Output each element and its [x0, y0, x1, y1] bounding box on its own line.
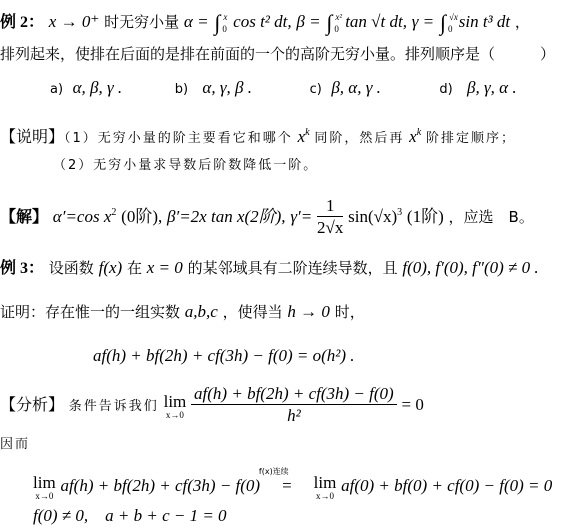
example2-statement: 例 2： x → 0⁺ 时无穷小量 α = ∫x0 cos t² dt, β =…: [0, 12, 530, 33]
answer: ，应选 B。: [449, 208, 534, 226]
explanation-item1: 【说明】（1）无穷小量的阶主要看它和哪个 xk 同阶，然后再 xk 阶排定顺序；: [0, 123, 516, 149]
solution: 【解】 α′=cos x2 (0阶), β′=2x tan x(2阶), γ′=…: [0, 196, 534, 239]
alpha-integrand: cos t² dt,: [233, 12, 291, 31]
analysis-line2: limx→0 af(h) + bf(2h) + cf(3h) − f(0) f(…: [33, 475, 552, 501]
explanation-label: 【说明】: [0, 127, 64, 146]
integral-sign: ∫x²0: [326, 13, 332, 33]
example2-question: 排列起来，使排在后面的是排在前面的一个的高阶无穷小量。排列顺序是（ ）: [0, 44, 555, 64]
limit-fraction: af(h) + bf(2h) + cf(3h) − f(0)h²: [191, 384, 397, 427]
therefore-label: 因而: [0, 435, 30, 455]
proof-equation: af(h) + bf(2h) + cf(3h) − f(0) = o(h²) .: [93, 346, 355, 366]
option-c: c) β, α, γ .: [310, 78, 435, 100]
option-b: b) α, γ, β .: [175, 78, 305, 100]
example2-options: a) α, β, γ . b) α, γ, β . c) β, α, γ . d…: [50, 78, 517, 100]
option-d: d) β, γ, α .: [439, 78, 516, 100]
intro-text: 时无穷小量: [104, 13, 179, 31]
gamma-lhs: γ =: [412, 12, 434, 31]
example3-statement: 例 3： 设函数 f(x) 在 x = 0 的某邻域具有二阶连续导数，且 f(0…: [0, 258, 539, 279]
alpha-lhs: α =: [184, 12, 209, 31]
example2-label: 例 2：: [0, 14, 44, 31]
beta-lhs: β =: [296, 12, 320, 31]
proof-statement: 证明：存在惟一的一组实数 a,b,c ，使得当 h → 0 时，: [0, 302, 365, 322]
option-a: a) α, β, γ .: [50, 78, 170, 100]
gamma-fraction: 12√x: [317, 196, 343, 239]
limit-condition: x → 0⁺: [49, 12, 100, 31]
end-punct: ，: [515, 13, 530, 31]
analysis-label: 【分析】: [0, 395, 64, 414]
integral-sign: ∫x0: [214, 13, 220, 33]
integral-sign: ∫√x0: [440, 13, 446, 33]
gamma-integrand: sin t³ dt: [459, 12, 510, 31]
example3-label: 例 3：: [0, 260, 44, 277]
solution-label: 【解】: [0, 209, 48, 226]
analysis-line3: f(0) ≠ 0, a + b + c − 1 = 0: [33, 506, 227, 526]
analysis-limit: 【分析】 条件告诉我们 limx→0 af(h) + bf(2h) + cf(3…: [0, 384, 424, 427]
explanation-item2: （2）无穷小量求导数后阶数降低一阶。: [53, 156, 318, 176]
beta-integrand: tan √t dt,: [345, 12, 407, 31]
